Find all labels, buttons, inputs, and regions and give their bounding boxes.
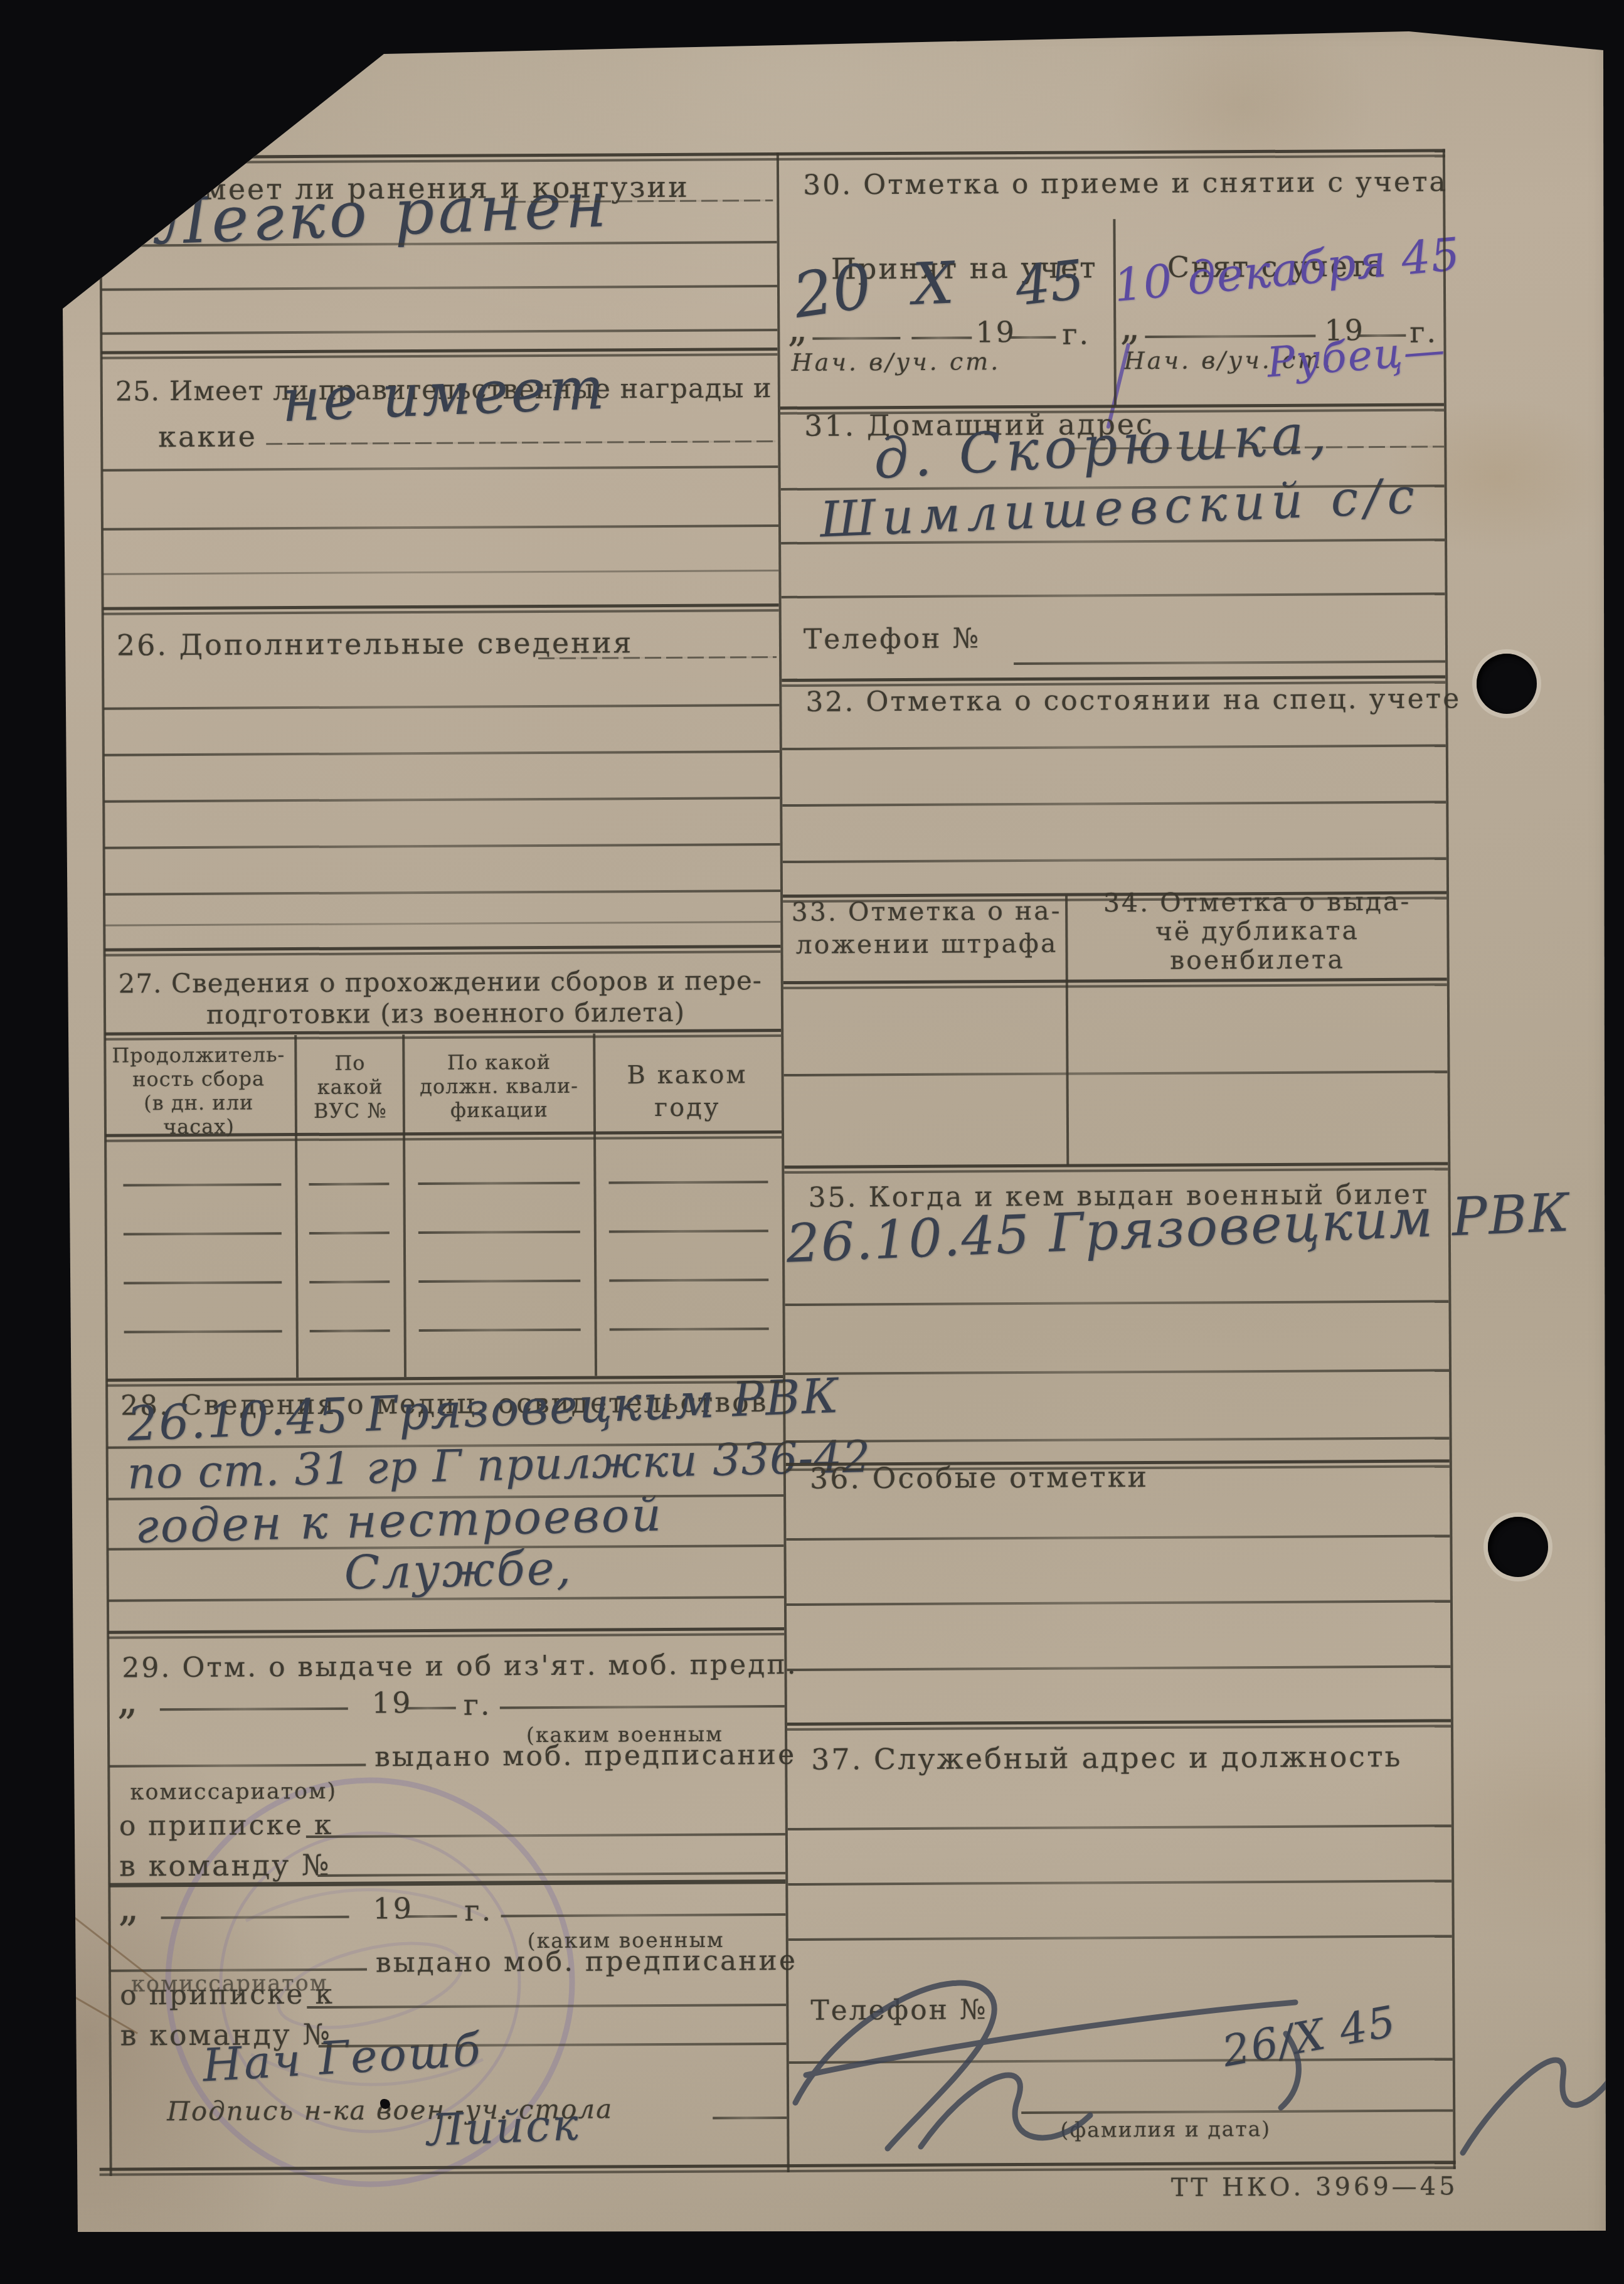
- rule-line: [713, 2117, 787, 2120]
- rule-line: [609, 1278, 768, 1282]
- field-33-label: ложении штрафа: [785, 928, 1068, 960]
- field-32-label: 32. Отметка о состоянии на спец. учете: [805, 683, 1461, 718]
- accepted-day-handwriting: 20: [788, 250, 876, 332]
- rule-line: [783, 857, 1446, 863]
- label-vydano-mob: выдано моб. предписание: [376, 1945, 797, 1979]
- rule-line: [1357, 334, 1406, 337]
- punch-hole: [1488, 1517, 1548, 1577]
- rule-line: [109, 1764, 366, 1768]
- rule-line: [609, 1230, 768, 1233]
- field-28-entry-line4: Службе,: [344, 1541, 573, 1600]
- double-rule-line: [108, 1627, 784, 1639]
- field-25-label-line2: какие: [158, 419, 257, 454]
- removed-date-handwriting: 10 декабря 45: [1112, 227, 1462, 312]
- rule-line: [405, 1707, 456, 1709]
- rule-line: [123, 1183, 281, 1186]
- quote-mark: „: [118, 1884, 141, 1930]
- divider-line: [1443, 149, 1456, 2169]
- rule-line: [310, 1329, 390, 1332]
- label-chief-registry: Нач. в/уч. ст.: [791, 348, 1000, 376]
- rule-line: [1009, 336, 1056, 339]
- divider-line: [99, 156, 112, 2176]
- double-rule-line: [99, 149, 1445, 164]
- double-rule-line: [780, 403, 1444, 415]
- document-paper: 24. Имеет ли ранения и контузии Легко ра…: [0, 0, 1624, 2284]
- divider-line: [1065, 896, 1069, 1166]
- rule-line: [104, 890, 780, 896]
- double-rule-line: [104, 945, 780, 957]
- rule-line: [124, 1232, 282, 1235]
- table-header-vus: ВУС №: [299, 1098, 402, 1123]
- rule-line: [787, 1665, 1451, 1671]
- rule-line: [608, 1181, 768, 1184]
- field-25-entry-handwriting: не имеет: [280, 354, 608, 435]
- registration-form: 24. Имеет ли ранения и контузии Легко ра…: [0, 0, 1624, 2284]
- paper-speck: [380, 2099, 390, 2109]
- rule-line: [101, 285, 777, 291]
- label-phone: Телефон №: [804, 622, 981, 655]
- rule-line: [782, 800, 1446, 807]
- hint-name-and-date: (фамилия и дата): [1034, 2117, 1297, 2142]
- rule-line: [124, 1281, 282, 1284]
- table-header-qualification: По какой: [406, 1050, 592, 1075]
- table-header-duration: (в дн. или: [108, 1090, 290, 1115]
- rule-line: [785, 1369, 1449, 1375]
- rule-line: [1021, 2109, 1453, 2114]
- rule-line: [788, 1935, 1452, 1941]
- field-34-label: военбилета: [1069, 943, 1445, 975]
- year-g: г.: [464, 1893, 492, 1927]
- rule-line: [101, 329, 777, 335]
- rule-line: [103, 704, 779, 710]
- year-g: г.: [464, 1687, 492, 1721]
- label-komanda: в команду №: [119, 1848, 331, 1883]
- rule-line: [500, 1705, 785, 1709]
- accepted-month-handwriting: X: [911, 249, 955, 318]
- table-header-duration: Продолжитель-: [107, 1043, 289, 1068]
- rule-line: [419, 1329, 581, 1332]
- rule-line: [309, 1182, 389, 1186]
- table-header-year: году: [596, 1093, 779, 1123]
- rule-line: [418, 1231, 580, 1234]
- print-code: ТТ НКО. 3969—45: [1171, 2172, 1458, 2202]
- rule-line: [911, 336, 972, 339]
- divider-line: [1113, 219, 1117, 406]
- label-pripiska: о приписке к: [120, 1979, 334, 2012]
- rule-line: [103, 750, 780, 757]
- label-phone: Телефон №: [810, 1994, 988, 2026]
- rule-line: [102, 465, 778, 472]
- rule-line: [306, 1833, 785, 1838]
- rule-line: [782, 592, 1445, 598]
- table-header-year: В каком: [595, 1060, 778, 1090]
- table-header-vus: какой: [299, 1075, 402, 1099]
- hint-komissariatom: комиссариатом): [130, 1779, 337, 1805]
- table-header-duration: ность сбора: [107, 1066, 289, 1092]
- double-rule-line: [783, 977, 1447, 989]
- rule-line: [538, 656, 777, 659]
- label-pripiska: о приписке к: [119, 1809, 334, 1842]
- rule-line: [266, 440, 775, 445]
- rule-line: [406, 1915, 457, 1918]
- rule-line: [307, 2004, 786, 2009]
- rule-line: [160, 1708, 348, 1711]
- rule-line: [1014, 660, 1445, 665]
- double-rule-line: [105, 1029, 781, 1041]
- double-rule-line: [103, 603, 779, 615]
- rule-line: [610, 1327, 769, 1331]
- accepted-year-handwriting: 45: [1012, 248, 1088, 318]
- year-g: г.: [1062, 317, 1090, 351]
- field-29-label: 29. Отм. о выдаче и об из'ят. моб. предп…: [122, 1649, 797, 1684]
- field-34-label: чё дубликата: [1069, 915, 1445, 947]
- double-rule-line: [101, 348, 777, 359]
- rule-line: [501, 1913, 786, 1917]
- rule-line: [786, 1437, 1450, 1443]
- rule-line: [102, 570, 778, 575]
- rule-line: [418, 1280, 580, 1283]
- rule-line: [104, 921, 780, 927]
- year-19: 19: [372, 1686, 413, 1719]
- rule-line: [124, 1330, 282, 1333]
- quote-mark: „: [117, 1677, 141, 1723]
- rule-line: [786, 1534, 1450, 1541]
- year-19: 19: [373, 1891, 413, 1925]
- table-header-qualification: должн. квали-: [406, 1074, 592, 1099]
- punch-hole: [1477, 654, 1537, 714]
- rule-line: [418, 1182, 580, 1185]
- signature-date-handwriting: 26/X 45: [1219, 1997, 1401, 2077]
- rule-line: [161, 1916, 349, 1920]
- rule-line: [317, 1872, 785, 1877]
- rule-line: [788, 1879, 1452, 1886]
- rule-line: [102, 524, 778, 531]
- table-header-qualification: фикации: [406, 1098, 592, 1123]
- divider-line: [777, 152, 790, 2172]
- field-37-label: 37. Служебный адрес и должность: [811, 1740, 1403, 1777]
- double-rule-line: [784, 1162, 1448, 1174]
- field-26-label: 26. Дополнительные сведения: [117, 625, 634, 662]
- rule-line: [309, 1280, 390, 1283]
- field-27-label-line2: подготовки (из военного билета): [206, 997, 685, 1030]
- rule-line: [103, 797, 780, 803]
- rule-line: [104, 843, 780, 849]
- field-27-label-line1: 27. Сведения о прохождении сборов и пере…: [119, 965, 762, 999]
- double-rule-line: [787, 1719, 1451, 1731]
- year-19: 19: [975, 315, 1016, 349]
- rule-line: [785, 1300, 1448, 1306]
- rule-line: [309, 1231, 390, 1235]
- rule-line: [787, 1600, 1450, 1606]
- label-vydano-mob: выдано моб. предписание: [374, 1739, 796, 1773]
- scan-background: 24. Имеет ли ранения и контузии Легко ра…: [0, 0, 1624, 2284]
- rule-line: [789, 2058, 1453, 2064]
- table-header-vus: По: [298, 1051, 401, 1075]
- field-30-label: 30. Отметка о приеме и снятии с учета: [803, 166, 1448, 201]
- rule-line: [784, 1070, 1448, 1076]
- clerk-name-handwriting: Лийск: [426, 2098, 581, 2156]
- rule-line: [812, 337, 900, 340]
- rule-line: [782, 744, 1446, 750]
- rule-line: [788, 1824, 1452, 1830]
